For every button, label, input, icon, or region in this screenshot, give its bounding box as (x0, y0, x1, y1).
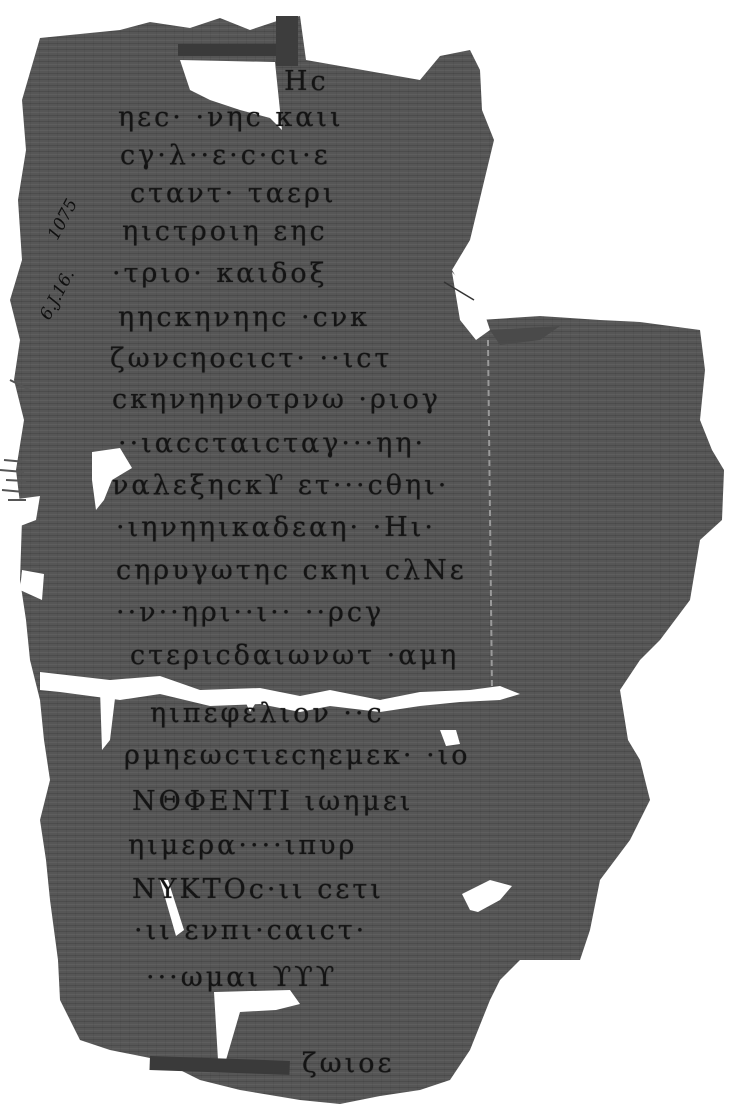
text-line: ϲταντ· ταερι (130, 178, 336, 209)
text-line: ·ιι ενπι·ϲαιϲτ· (134, 915, 367, 946)
text-line: ΝΥΚΤΟϲ·ιι ϲετι (132, 874, 384, 905)
text-line: ηηϲκηνηηϲ ·ϲνκ (118, 302, 370, 333)
text-line: ΝΘΦΕΝΤΙ ιωημει (132, 786, 413, 817)
text-line: ··ν··ηρι··ι·· ··ρϲγ (116, 597, 384, 628)
text-line: ηιϲτροιη εηϲ (122, 216, 328, 247)
text-line: ϲτεριϲδαιωνωτ ·αμη (130, 640, 459, 671)
text-line: ·τριο· καιδοξ (112, 258, 327, 289)
text-line: ··ιαϲϲταιϲταγ···ηη· (118, 428, 426, 459)
text-line: ρμηεωϲτιεϲηεμεκ· ·ιο (124, 740, 471, 771)
text-line: ζωιοε (302, 1048, 394, 1079)
text-line: ϲηρυγωτηϲ ϲκηι ϲλΝε (116, 555, 467, 586)
text-line: ·ιηνηηικαδεαη· ·Ηι· (116, 512, 436, 543)
mounting-strip-top (178, 44, 286, 56)
text-line: ναλεξηϲκϒ ετ···ϲθηι· (112, 470, 449, 501)
papyrus-photo: 1075 6.J.16. Ηϲ ηεϲ· ·νηϲ καιι ϲγ·λ··ε·ϲ… (0, 0, 739, 1119)
text-line: Ηϲ (284, 66, 329, 97)
text-line: ηιπεφελιον ··ϲ (150, 698, 385, 729)
text-line: ηιμερα····ιπυρ (128, 830, 357, 861)
text-line: ζωνϲηοϲιϲτ· ··ιϲτ (110, 343, 392, 374)
text-line: ηεϲ· ·νηϲ καιι (118, 102, 344, 133)
text-line: ···ωμαι ϒϒϒ (146, 962, 337, 993)
text-line: ϲγ·λ··ε·ϲ·ϲι·ε (120, 140, 331, 171)
text-line: ϲκηνηηνοτρνω ·ριογ (112, 384, 441, 415)
